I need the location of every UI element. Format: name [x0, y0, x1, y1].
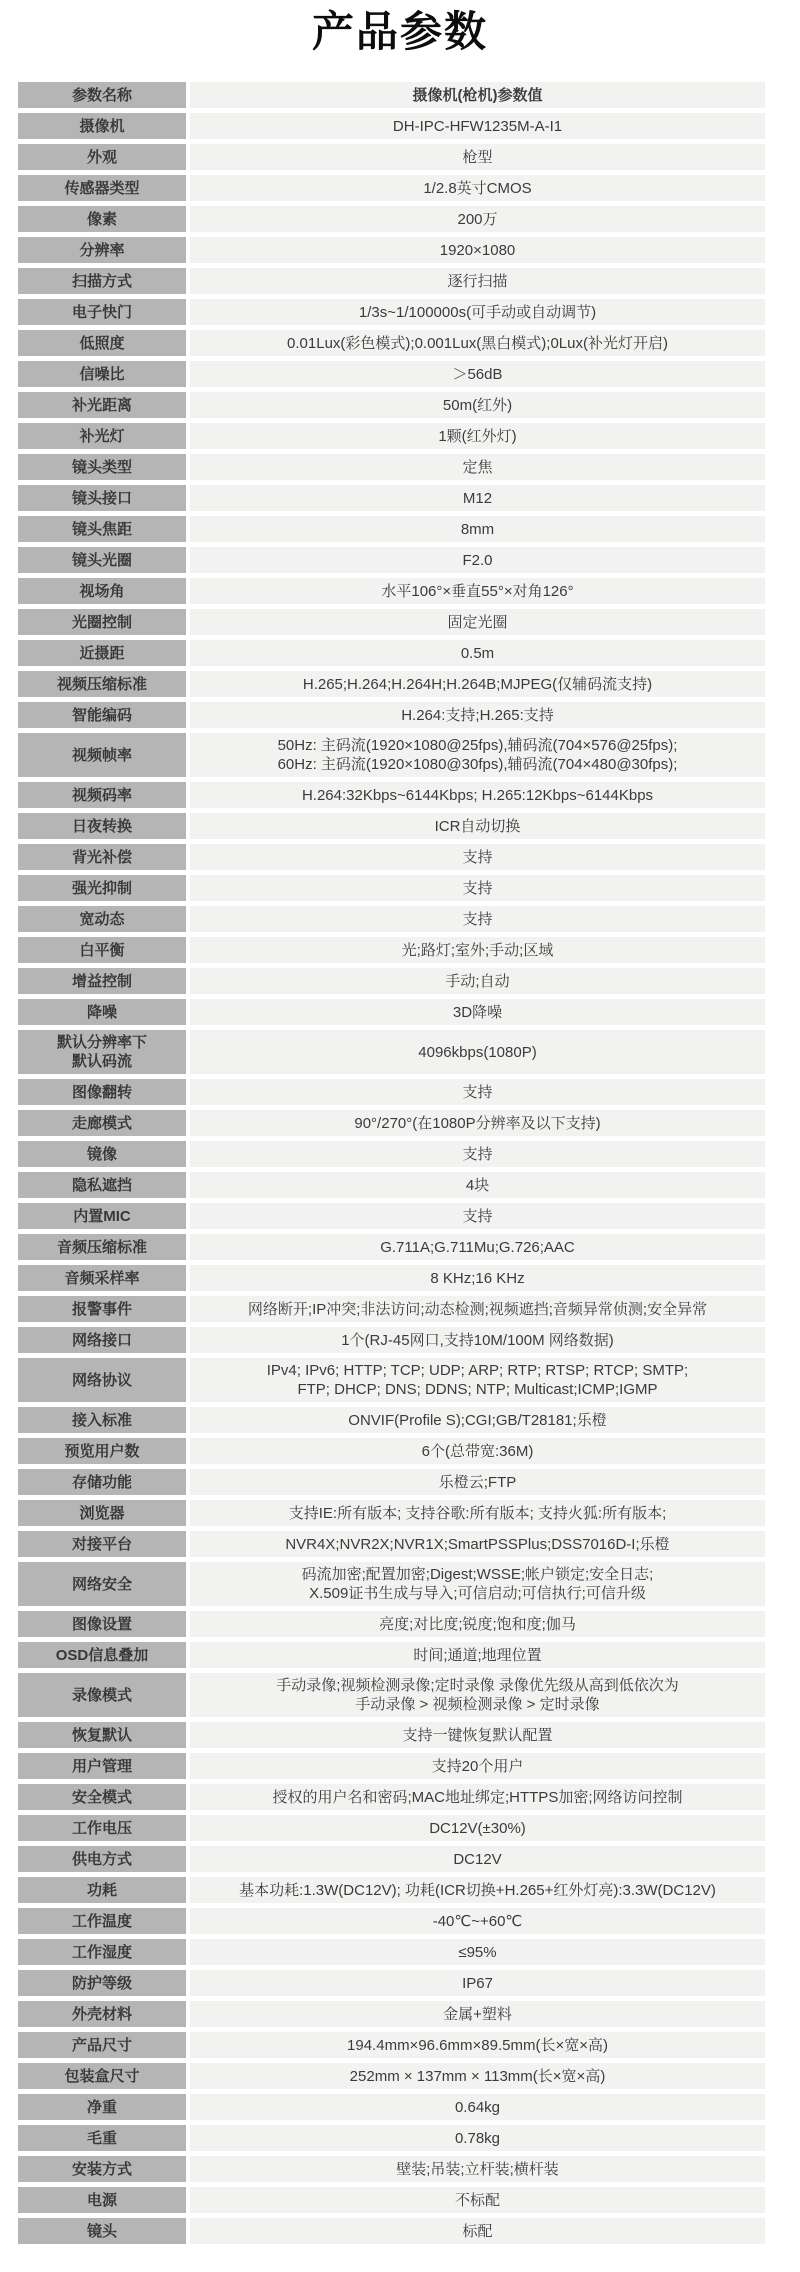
table-row: 恢复默认 支持一键恢复默认配置: [18, 1722, 765, 1748]
param-value-cell: ＞56dB: [190, 361, 765, 387]
table-row: 信噪比 ＞56dB: [18, 361, 765, 387]
param-value-cell: 6个(总带宽:36M): [190, 1438, 765, 1464]
param-name-cell: 存储功能: [18, 1469, 186, 1495]
param-name-cell: 图像翻转: [18, 1079, 186, 1105]
table-row: 背光补偿 支持: [18, 844, 765, 870]
param-name-cell: 电子快门: [18, 299, 186, 325]
table-row: 包装盒尺寸 252mm × 137mm × 113mm(长×宽×高): [18, 2063, 765, 2089]
table-row: 图像翻转 支持: [18, 1079, 765, 1105]
table-row: 增益控制 手动;自动: [18, 968, 765, 994]
param-name-cell: 报警事件: [18, 1296, 186, 1322]
table-row: 镜头类型 定焦: [18, 454, 765, 480]
param-value-cell: 50Hz: 主码流(1920×1080@25fps),辅码流(704×576@2…: [190, 733, 765, 777]
param-value-cell: DC12V(±30%): [190, 1815, 765, 1841]
param-name-cell: 补光灯: [18, 423, 186, 449]
param-name-cell: 智能编码: [18, 702, 186, 728]
param-value-cell: 8 KHz;16 KHz: [190, 1265, 765, 1291]
param-value-cell: 4096kbps(1080P): [190, 1030, 765, 1074]
param-name-cell: 对接平台: [18, 1531, 186, 1557]
param-name-cell: 外壳材料: [18, 2001, 186, 2027]
table-row: 网络安全 码流加密;配置加密;Digest;WSSE;帐户锁定;安全日志; X.…: [18, 1562, 765, 1606]
table-row: 接入标准 ONVIF(Profile S);CGI;GB/T28181;乐橙: [18, 1407, 765, 1433]
param-value-cell: 支持: [190, 906, 765, 932]
table-row: 隐私遮挡 4块: [18, 1172, 765, 1198]
param-name-cell: 工作温度: [18, 1908, 186, 1934]
param-name-cell: 浏览器: [18, 1500, 186, 1526]
table-row: 功耗 基本功耗:1.3W(DC12V); 功耗(ICR切换+H.265+红外灯亮…: [18, 1877, 765, 1903]
param-value-cell: H.265;H.264;H.264H;H.264B;MJPEG(仅辅码流支持): [190, 671, 765, 697]
param-value-cell: 194.4mm×96.6mm×89.5mm(长×宽×高): [190, 2032, 765, 2058]
param-name-cell: 录像模式: [18, 1673, 186, 1717]
param-name-cell: 日夜转换: [18, 813, 186, 839]
param-name-cell: 音频压缩标准: [18, 1234, 186, 1260]
table-row: 安全模式 授权的用户名和密码;MAC地址绑定;HTTPS加密;网络访问控制: [18, 1784, 765, 1810]
table-row: 走廊模式 90°/270°(在1080P分辨率及以下支持): [18, 1110, 765, 1136]
param-value-cell: 支持: [190, 1079, 765, 1105]
param-value-cell: 支持: [190, 1203, 765, 1229]
table-row: 镜头接口 M12: [18, 485, 765, 511]
param-name-cell: 工作电压: [18, 1815, 186, 1841]
param-value-cell: 支持20个用户: [190, 1753, 765, 1779]
table-row: 报警事件 网络断开;IP冲突;非法访问;动态检测;视频遮挡;音频异常侦测;安全异…: [18, 1296, 765, 1322]
table-row: 浏览器 支持IE:所有版本; 支持谷歌:所有版本; 支持火狐:所有版本;: [18, 1500, 765, 1526]
param-name-cell: 镜头焦距: [18, 516, 186, 542]
param-value-cell: 3D降噪: [190, 999, 765, 1025]
param-name-cell: 宽动态: [18, 906, 186, 932]
table-row: 电源 不标配: [18, 2187, 765, 2213]
table-row: 供电方式 DC12V: [18, 1846, 765, 1872]
param-value-cell: 码流加密;配置加密;Digest;WSSE;帐户锁定;安全日志; X.509证书…: [190, 1562, 765, 1606]
param-name-cell: 网络接口: [18, 1327, 186, 1353]
table-row: 产品尺寸 194.4mm×96.6mm×89.5mm(长×宽×高): [18, 2032, 765, 2058]
param-name-cell: 白平衡: [18, 937, 186, 963]
param-name-cell: 镜头接口: [18, 485, 186, 511]
table-row: 电子快门 1/3s~1/100000s(可手动或自动调节): [18, 299, 765, 325]
param-value-cell: DC12V: [190, 1846, 765, 1872]
param-value-cell: 0.64kg: [190, 2094, 765, 2120]
param-value-cell: 壁装;吊装;立杆装;横杆装: [190, 2156, 765, 2182]
param-name-cell: 背光补偿: [18, 844, 186, 870]
param-name-cell: 信噪比: [18, 361, 186, 387]
param-name-cell: 扫描方式: [18, 268, 186, 294]
table-row: 摄像机 DH-IPC-HFW1235M-A-I1: [18, 113, 765, 139]
param-value-cell: 乐橙云;FTP: [190, 1469, 765, 1495]
param-value-cell: 授权的用户名和密码;MAC地址绑定;HTTPS加密;网络访问控制: [190, 1784, 765, 1810]
param-value-cell: H.264:支持;H.265:支持: [190, 702, 765, 728]
param-value-cell: G.711A;G.711Mu;G.726;AAC: [190, 1234, 765, 1260]
param-name-cell: 像素: [18, 206, 186, 232]
param-name-cell: 镜头: [18, 2218, 186, 2244]
param-value-cell: H.264:32Kbps~6144Kbps; H.265:12Kbps~6144…: [190, 782, 765, 808]
param-value-cell: 摄像机(枪机)参数值: [190, 82, 765, 108]
table-row: 净重 0.64kg: [18, 2094, 765, 2120]
param-name-cell: 镜头光圈: [18, 547, 186, 573]
table-row: 安装方式 壁装;吊装;立杆装;横杆装: [18, 2156, 765, 2182]
table-row: 音频采样率 8 KHz;16 KHz: [18, 1265, 765, 1291]
table-row: 降噪 3D降噪: [18, 999, 765, 1025]
table-row: OSD信息叠加 时间;通道;地理位置: [18, 1642, 765, 1668]
param-value-cell: 252mm × 137mm × 113mm(长×宽×高): [190, 2063, 765, 2089]
param-name-cell: 走廊模式: [18, 1110, 186, 1136]
table-row: 外观 枪型: [18, 144, 765, 170]
param-value-cell: 手动;自动: [190, 968, 765, 994]
param-value-cell: IPv4; IPv6; HTTP; TCP; UDP; ARP; RTP; RT…: [190, 1358, 765, 1402]
param-value-cell: 50m(红外): [190, 392, 765, 418]
param-value-cell: 0.01Lux(彩色模式);0.001Lux(黑白模式);0Lux(补光灯开启): [190, 330, 765, 356]
table-row: 宽动态 支持: [18, 906, 765, 932]
param-name-cell: 分辨率: [18, 237, 186, 263]
table-row: 用户管理 支持20个用户: [18, 1753, 765, 1779]
table-row: 参数名称 摄像机(枪机)参数值: [18, 82, 765, 108]
param-value-cell: 枪型: [190, 144, 765, 170]
table-row: 外壳材料 金属+塑料: [18, 2001, 765, 2027]
param-name-cell: 恢复默认: [18, 1722, 186, 1748]
param-name-cell: 工作湿度: [18, 1939, 186, 1965]
table-row: 传感器类型 1/2.8英寸CMOS: [18, 175, 765, 201]
param-name-cell: 强光抑制: [18, 875, 186, 901]
param-value-cell: 亮度;对比度;锐度;饱和度;伽马: [190, 1611, 765, 1637]
table-row: 默认分辨率下 默认码流 4096kbps(1080P): [18, 1030, 765, 1074]
param-value-cell: 支持: [190, 844, 765, 870]
param-name-cell: 低照度: [18, 330, 186, 356]
table-row: 视频帧率 50Hz: 主码流(1920×1080@25fps),辅码流(704×…: [18, 733, 765, 777]
param-name-cell: 视场角: [18, 578, 186, 604]
param-name-cell: 参数名称: [18, 82, 186, 108]
param-name-cell: 防护等级: [18, 1970, 186, 1996]
table-row: 存储功能 乐橙云;FTP: [18, 1469, 765, 1495]
table-row: 录像模式 手动录像;视频检测录像;定时录像 录像优先级从高到低依次为 手动录像 …: [18, 1673, 765, 1717]
param-name-cell: 视频帧率: [18, 733, 186, 777]
param-name-cell: 功耗: [18, 1877, 186, 1903]
param-value-cell: 支持IE:所有版本; 支持谷歌:所有版本; 支持火狐:所有版本;: [190, 1500, 765, 1526]
param-name-cell: 安全模式: [18, 1784, 186, 1810]
table-row: 音频压缩标准 G.711A;G.711Mu;G.726;AAC: [18, 1234, 765, 1260]
param-value-cell: 光;路灯;室外;手动;区域: [190, 937, 765, 963]
param-value-cell: 固定光圈: [190, 609, 765, 635]
param-value-cell: IP67: [190, 1970, 765, 1996]
param-value-cell: -40℃~+60℃: [190, 1908, 765, 1934]
param-name-cell: OSD信息叠加: [18, 1642, 186, 1668]
param-value-cell: 定焦: [190, 454, 765, 480]
param-name-cell: 毛重: [18, 2125, 186, 2151]
table-row: 工作电压 DC12V(±30%): [18, 1815, 765, 1841]
table-row: 预览用户数 6个(总带宽:36M): [18, 1438, 765, 1464]
param-name-cell: 外观: [18, 144, 186, 170]
param-value-cell: 4块: [190, 1172, 765, 1198]
param-value-cell: 1920×1080: [190, 237, 765, 263]
param-value-cell: ONVIF(Profile S);CGI;GB/T28181;乐橙: [190, 1407, 765, 1433]
param-value-cell: 逐行扫描: [190, 268, 765, 294]
param-name-cell: 用户管理: [18, 1753, 186, 1779]
table-row: 防护等级 IP67: [18, 1970, 765, 1996]
param-value-cell: 不标配: [190, 2187, 765, 2213]
param-name-cell: 降噪: [18, 999, 186, 1025]
param-value-cell: 8mm: [190, 516, 765, 542]
param-name-cell: 网络协议: [18, 1358, 186, 1402]
param-name-cell: 光圈控制: [18, 609, 186, 635]
param-name-cell: 接入标准: [18, 1407, 186, 1433]
table-row: 镜头 标配: [18, 2218, 765, 2244]
param-value-cell: 1个(RJ-45网口,支持10M/100M 网络数据): [190, 1327, 765, 1353]
param-value-cell: DH-IPC-HFW1235M-A-I1: [190, 113, 765, 139]
table-row: 网络接口 1个(RJ-45网口,支持10M/100M 网络数据): [18, 1327, 765, 1353]
param-name-cell: 音频采样率: [18, 1265, 186, 1291]
param-value-cell: ICR自动切换: [190, 813, 765, 839]
table-row: 对接平台 NVR4X;NVR2X;NVR1X;SmartPSSPlus;DSS7…: [18, 1531, 765, 1557]
param-name-cell: 近摄距: [18, 640, 186, 666]
table-row: 镜头焦距 8mm: [18, 516, 765, 542]
table-row: 工作温度 -40℃~+60℃: [18, 1908, 765, 1934]
param-name-cell: 净重: [18, 2094, 186, 2120]
param-value-cell: 水平106°×垂直55°×对角126°: [190, 578, 765, 604]
table-row: 内置MIC 支持: [18, 1203, 765, 1229]
table-row: 强光抑制 支持: [18, 875, 765, 901]
table-row: 镜像 支持: [18, 1141, 765, 1167]
param-value-cell: 0.5m: [190, 640, 765, 666]
param-value-cell: 90°/270°(在1080P分辨率及以下支持): [190, 1110, 765, 1136]
param-name-cell: 包装盒尺寸: [18, 2063, 186, 2089]
param-value-cell: ≤95%: [190, 1939, 765, 1965]
table-row: 扫描方式 逐行扫描: [18, 268, 765, 294]
table-row: 低照度 0.01Lux(彩色模式);0.001Lux(黑白模式);0Lux(补光…: [18, 330, 765, 356]
param-name-cell: 视频压缩标准: [18, 671, 186, 697]
table-row: 补光灯 1颗(红外灯): [18, 423, 765, 449]
param-name-cell: 安装方式: [18, 2156, 186, 2182]
param-name-cell: 传感器类型: [18, 175, 186, 201]
param-value-cell: 支持: [190, 1141, 765, 1167]
table-row: 网络协议 IPv4; IPv6; HTTP; TCP; UDP; ARP; RT…: [18, 1358, 765, 1402]
param-name-cell: 镜像: [18, 1141, 186, 1167]
spec-table: 参数名称 摄像机(枪机)参数值 摄像机 DH-IPC-HFW1235M-A-I1…: [18, 82, 765, 2244]
table-row: 镜头光圈 F2.0: [18, 547, 765, 573]
param-value-cell: 时间;通道;地理位置: [190, 1642, 765, 1668]
param-value-cell: M12: [190, 485, 765, 511]
param-name-cell: 图像设置: [18, 1611, 186, 1637]
table-row: 图像设置 亮度;对比度;锐度;饱和度;伽马: [18, 1611, 765, 1637]
param-value-cell: 网络断开;IP冲突;非法访问;动态检测;视频遮挡;音频异常侦测;安全异常: [190, 1296, 765, 1322]
param-value-cell: 1/2.8英寸CMOS: [190, 175, 765, 201]
table-row: 近摄距 0.5m: [18, 640, 765, 666]
table-row: 视场角 水平106°×垂直55°×对角126°: [18, 578, 765, 604]
param-value-cell: 1/3s~1/100000s(可手动或自动调节): [190, 299, 765, 325]
param-value-cell: 标配: [190, 2218, 765, 2244]
param-name-cell: 供电方式: [18, 1846, 186, 1872]
param-value-cell: 支持: [190, 875, 765, 901]
param-value-cell: 1颗(红外灯): [190, 423, 765, 449]
table-row: 视频码率 H.264:32Kbps~6144Kbps; H.265:12Kbps…: [18, 782, 765, 808]
table-row: 毛重 0.78kg: [18, 2125, 765, 2151]
param-name-cell: 镜头类型: [18, 454, 186, 480]
table-row: 光圈控制 固定光圈: [18, 609, 765, 635]
param-name-cell: 产品尺寸: [18, 2032, 186, 2058]
param-name-cell: 补光距离: [18, 392, 186, 418]
param-value-cell: F2.0: [190, 547, 765, 573]
table-row: 工作湿度 ≤95%: [18, 1939, 765, 1965]
param-name-cell: 预览用户数: [18, 1438, 186, 1464]
table-row: 日夜转换 ICR自动切换: [18, 813, 765, 839]
param-name-cell: 隐私遮挡: [18, 1172, 186, 1198]
table-row: 智能编码 H.264:支持;H.265:支持: [18, 702, 765, 728]
param-name-cell: 视频码率: [18, 782, 186, 808]
param-value-cell: 200万: [190, 206, 765, 232]
table-row: 白平衡 光;路灯;室外;手动;区域: [18, 937, 765, 963]
param-value-cell: 基本功耗:1.3W(DC12V); 功耗(ICR切换+H.265+红外灯亮):3…: [190, 1877, 765, 1903]
param-name-cell: 默认分辨率下 默认码流: [18, 1030, 186, 1074]
page-title: 产品参数: [0, 0, 800, 56]
param-name-cell: 内置MIC: [18, 1203, 186, 1229]
param-value-cell: 金属+塑料: [190, 2001, 765, 2027]
param-name-cell: 电源: [18, 2187, 186, 2213]
param-value-cell: NVR4X;NVR2X;NVR1X;SmartPSSPlus;DSS7016D-…: [190, 1531, 765, 1557]
param-value-cell: 支持一键恢复默认配置: [190, 1722, 765, 1748]
table-row: 视频压缩标准 H.265;H.264;H.264H;H.264B;MJPEG(仅…: [18, 671, 765, 697]
table-row: 补光距离 50m(红外): [18, 392, 765, 418]
table-row: 分辨率 1920×1080: [18, 237, 765, 263]
param-value-cell: 手动录像;视频检测录像;定时录像 录像优先级从高到低依次为 手动录像 > 视频检…: [190, 1673, 765, 1717]
param-name-cell: 网络安全: [18, 1562, 186, 1606]
param-name-cell: 增益控制: [18, 968, 186, 994]
param-name-cell: 摄像机: [18, 113, 186, 139]
table-row: 像素 200万: [18, 206, 765, 232]
param-value-cell: 0.78kg: [190, 2125, 765, 2151]
